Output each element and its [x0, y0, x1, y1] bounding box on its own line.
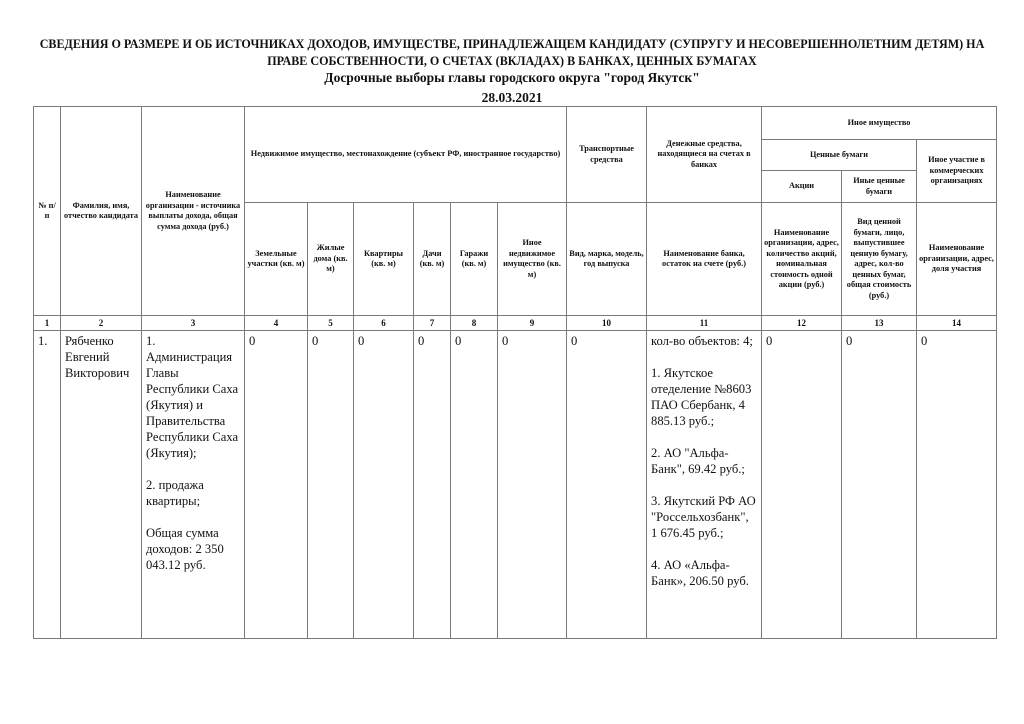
header-land: Земельные участки (кв. м)	[245, 203, 308, 316]
cell-garages: 0	[451, 331, 498, 639]
cell-candidate-name: Рябченко Евгений Викторович	[61, 331, 142, 639]
header-commercial-sub: Наименование организации, адрес, доля уч…	[917, 203, 997, 316]
cell-transport: 0	[567, 331, 647, 639]
column-number: 1	[34, 316, 61, 331]
header-num: № п/п	[34, 107, 61, 316]
election-subtitle: Досрочные выборы главы городского округа…	[0, 70, 1024, 86]
column-number: 9	[498, 316, 567, 331]
header-transport-sub: Вид, марка, модель, год выпуска	[567, 203, 647, 316]
column-number: 2	[61, 316, 142, 331]
cell-bank-funds: кол-во объектов: 4; 1. Якутское отеделен…	[647, 331, 762, 639]
header-commercial: Иное участие в коммерческих организациях	[917, 140, 997, 203]
cell-dachas: 0	[414, 331, 451, 639]
header-bank-funds-sub: Наименование банка, остаток на счете (ру…	[647, 203, 762, 316]
document-title: СВЕДЕНИЯ О РАЗМЕРЕ И ОБ ИСТОЧНИКАХ ДОХОД…	[36, 35, 988, 69]
header-other-securities: Иные ценные бумаги	[842, 171, 917, 203]
header-other-securities-sub: Вид ценной бумаги, лицо, выпустившее цен…	[842, 203, 917, 316]
column-number: 14	[917, 316, 997, 331]
cell-commercial: 0	[917, 331, 997, 639]
cell-land: 0	[245, 331, 308, 639]
column-number: 13	[842, 316, 917, 331]
header-dachas: Дачи (кв. м)	[414, 203, 451, 316]
declaration-table: № п/п Фамилия, имя, отчество кандидата Н…	[33, 106, 997, 639]
cell-income: 1. Администрация Главы Республики Саха (…	[142, 331, 245, 639]
cell-other-real-estate: 0	[498, 331, 567, 639]
column-number: 3	[142, 316, 245, 331]
table-row: 1. Рябченко Евгений Викторович 1. Админи…	[34, 331, 997, 639]
header-securities: Ценные бумаги	[762, 140, 917, 171]
column-number: 8	[451, 316, 498, 331]
document-date: 28.03.2021	[0, 90, 1024, 106]
header-shares-sub: Наименование организации, адрес, количес…	[762, 203, 842, 316]
cell-apartments: 0	[354, 331, 414, 639]
header-name: Фамилия, имя, отчество кандидата	[61, 107, 142, 316]
header-other-property: Иное имущество	[762, 107, 997, 140]
header-real-estate: Недвижимое имущество, местонахождение (с…	[245, 107, 567, 203]
header-other-real-estate: Иное недвижимое имущество (кв. м)	[498, 203, 567, 316]
header-income: Наименование организации - источника вып…	[142, 107, 245, 316]
column-number: 7	[414, 316, 451, 331]
header-garages: Гаражи (кв. м)	[451, 203, 498, 316]
cell-houses: 0	[308, 331, 354, 639]
column-number: 6	[354, 316, 414, 331]
header-transport: Транспортные средства	[567, 107, 647, 203]
column-number: 10	[567, 316, 647, 331]
header-shares: Акции	[762, 171, 842, 203]
column-number: 5	[308, 316, 354, 331]
column-number: 11	[647, 316, 762, 331]
header-houses: Жилые дома (кв. м)	[308, 203, 354, 316]
header-bank-funds: Денежные средства, находящиеся на счетах…	[647, 107, 762, 203]
cell-num: 1.	[34, 331, 61, 639]
column-number: 12	[762, 316, 842, 331]
column-number: 4	[245, 316, 308, 331]
header-apartments: Квартиры (кв. м)	[354, 203, 414, 316]
cell-shares: 0	[762, 331, 842, 639]
cell-other-securities: 0	[842, 331, 917, 639]
